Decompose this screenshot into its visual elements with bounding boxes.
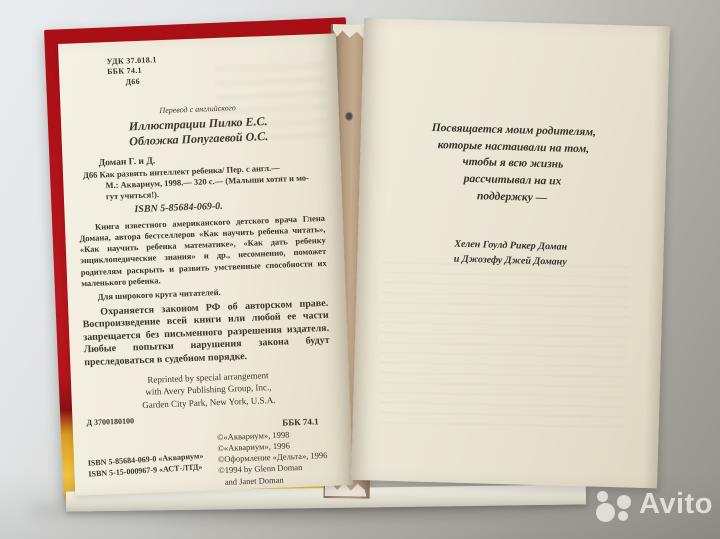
left-page-imprint: УДК 37.018.1ББК 74.1Д66 Перевод с англий… bbox=[58, 33, 353, 495]
annotation-paragraph: Книга известного американского детского … bbox=[79, 213, 327, 289]
logo-circle-small-bottom bbox=[618, 511, 628, 521]
right-page-dedication: Посвящается моим родителям,которые наста… bbox=[351, 18, 670, 488]
ink-spot bbox=[345, 112, 352, 120]
avito-logo-icon bbox=[596, 488, 633, 525]
show-through-text bbox=[215, 64, 328, 148]
logo-circle-large bbox=[596, 503, 615, 522]
copyright-notice: Охраняется законом РФ об авторском праве… bbox=[82, 297, 330, 369]
avito-watermark: Avito bbox=[596, 488, 713, 525]
photo-scene: УДК 37.018.1ББК 74.1Д66 Перевод с англий… bbox=[0, 0, 720, 539]
copyright-list: ©«Аквариум», 1998©«Аквариум», 1996©Оформ… bbox=[217, 428, 329, 487]
reprint-note: Reprinted by special arrangementwith Ave… bbox=[85, 366, 332, 413]
dedication-text: Посвящается моим родителям,которые наста… bbox=[359, 118, 667, 210]
avito-wordmark: Avito bbox=[639, 490, 713, 523]
imprint-bottom-block: ISBN 5-85684-069-0 «Аквариум»ISBN 5-15-0… bbox=[87, 428, 335, 493]
show-through-lines bbox=[379, 262, 628, 437]
logo-circle-small-top bbox=[597, 491, 608, 502]
logo-circle-medium bbox=[617, 495, 631, 509]
isbn-list: ISBN 5-85684-069-0 «Аквариум»ISBN 5-15-0… bbox=[88, 452, 206, 495]
